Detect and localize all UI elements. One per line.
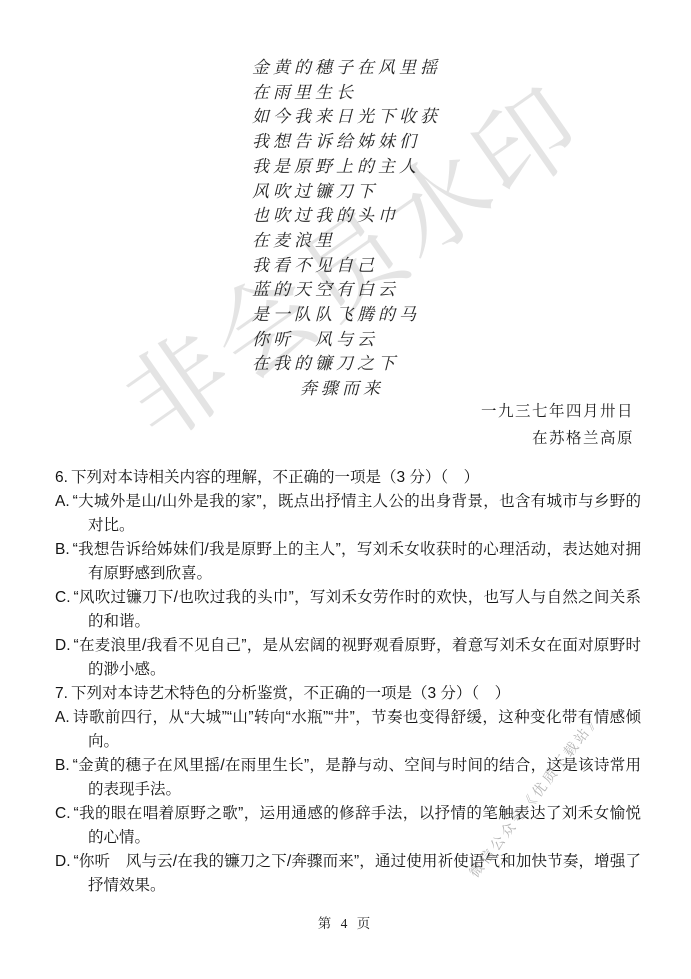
question-7-stem: 7.下列对本诗艺术特色的分析鉴赏，不正确的一项是（3 分）（ ） [55,682,641,706]
question-6-option-d: D.“在麦浪里/我看不见自己”，是从宏阔的视野观看原野，着意写刘禾女在面对原野时… [55,634,641,682]
questions-section: 6.下列对本诗相关内容的理解，不正确的一项是（3 分）（ ） A.“大城外是山/… [55,466,641,898]
option-label: A. [55,709,73,726]
poem-line: 我是原野上的主人 [252,155,441,180]
option-text: “我想告诉给姊妹们/我是原野上的主人”，写刘禾女收获时的心理活动，表达她对拥有原… [73,541,641,582]
poem-line: 是一队队飞腾的马 [252,303,441,328]
poem-line: 我想告诉给姊妹们 [252,130,441,155]
question-6-stem: 6.下列对本诗相关内容的理解，不正确的一项是（3 分）（ ） [55,466,641,490]
question-7-option-d: D.“你听 风与云/在我的镰刀之下/奔骤而来”，通过使用祈使语气和加快节奏，增强… [55,850,641,898]
poem-line: 也吹过我的头巾 [252,204,441,229]
question-6-number: 6. [55,469,71,486]
option-text: 诗歌前四行，从“大城”“山”转向“水瓶”“井”，节奏也变得舒缓，这种变化带有情感… [73,709,641,750]
option-text: “大城外是山/山外是我的家”，既点出抒情主人公的出身背景，也含有城市与乡野的对比… [73,493,641,534]
option-label: D. [55,853,74,870]
question-6-text: 下列对本诗相关内容的理解，不正确的一项是（3 分）（ ） [71,469,479,486]
poem-date: 一九三七年四月卅日 [481,399,634,426]
question-6-option-c: C.“风吹过镰刀下/也吹过我的头巾”，写刘禾女劳作时的欢快，也写人与自然之间关系… [55,586,641,634]
question-6-option-a: A.“大城外是山/山外是我的家”，既点出抒情主人公的出身背景，也含有城市与乡野的… [55,490,641,538]
poem-line: 如今我来日光下收获 [252,105,441,130]
poem-line: 蓝的天空有白云 [252,278,441,303]
option-label: B. [55,541,73,558]
poem-line: 我看不见自己 [252,254,441,279]
poem-line: 风吹过镰刀下 [252,180,441,205]
poem-line: 金黄的穗子在风里摇 [252,56,441,81]
poem-line: 在雨里生长 [252,81,441,106]
option-text: “你听 风与云/在我的镰刀之下/奔骤而来”，通过使用祈使语气和加快节奏，增强了抒… [74,853,642,894]
question-6-option-b: B.“我想告诉给姊妹们/我是原野上的主人”，写刘禾女收获时的心理活动，表达她对拥… [55,538,641,586]
poem-line: 你听 风与云 [252,328,441,353]
option-text: “在麦浪里/我看不见自己”，是从宏阔的视野观看原野，着意写刘禾女在面对原野时的渺… [74,637,642,678]
option-label: B. [55,757,73,774]
page-footer: 第 4 页 [0,912,691,932]
option-text: “风吹过镰刀下/也吹过我的头巾”，写刘禾女劳作时的欢快，也写人与自然之间关系的和… [74,589,642,630]
poem-place: 在苏格兰高原 [481,426,634,453]
poem-line: 奔骤而来 [252,377,441,402]
poem-line: 在麦浪里 [252,229,441,254]
question-7-option-c: C.“我的眼在唱着原野之歌”，运用通感的修辞手法，以抒情的笔触表达了刘禾女愉悦的… [55,802,641,850]
question-7-number: 7. [55,685,71,702]
option-text: “我的眼在唱着原野之歌”，运用通感的修辞手法，以抒情的笔触表达了刘禾女愉悦的心情… [74,805,642,846]
poem-line: 在我的镰刀之下 [252,352,441,377]
option-label: C. [55,589,74,606]
option-label: D. [55,637,74,654]
question-7-option-b: B.“金黄的穗子在风里摇/在雨里生长”，是静与动、空间与时间的结合，这是该诗常用… [55,754,641,802]
page-number: 第 4 页 [318,916,374,931]
option-label: C. [55,805,74,822]
poem: 金黄的穗子在风里摇 在雨里生长 如今我来日光下收获 我想告诉给姊妹们 我是原野上… [252,56,441,402]
option-text: “金黄的穗子在风里摇/在雨里生长”，是静与动、空间与时间的结合，这是该诗常用的表… [73,757,641,798]
exam-page: 非会员水印 微信公众号《优质下载站》 金黄的穗子在风里摇 在雨里生长 如今我来日… [0,0,691,979]
poem-attribution: 一九三七年四月卅日 在苏格兰高原 [481,399,634,452]
option-label: A. [55,493,73,510]
question-7-option-a: A.诗歌前四行，从“大城”“山”转向“水瓶”“井”，节奏也变得舒缓，这种变化带有… [55,706,641,754]
question-7-text: 下列对本诗艺术特色的分析鉴赏，不正确的一项是（3 分）（ ） [71,685,510,702]
